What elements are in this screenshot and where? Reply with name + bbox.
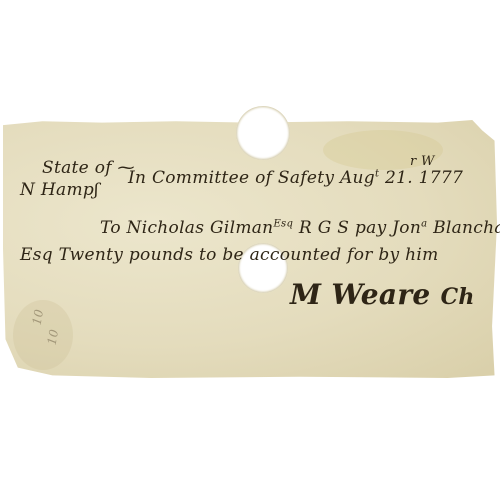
order-line-1: To Nicholas GilmanEsq R G S pay Jona Bla…	[100, 218, 500, 238]
jona-sup: a	[421, 218, 427, 229]
heading-line2: N Hamp	[20, 180, 94, 200]
rgs-text: R G S	[299, 218, 349, 238]
committee-line: In Committee of Safety Augt 21. 1777	[128, 168, 463, 188]
date-annotation: r W	[410, 154, 435, 169]
committee-text: In Committee of Safety Aug	[128, 168, 375, 188]
heading-state-of: State of ⁓	[42, 158, 135, 178]
esq-prefix: Esq	[20, 245, 53, 265]
signature-name: M Weare	[290, 278, 431, 311]
top-notch-hole	[236, 106, 290, 160]
esq-sup: Esq	[273, 218, 293, 229]
signature-title: Ch	[441, 284, 475, 310]
pay-text: pay Jon	[355, 218, 421, 238]
order-line-2: Esq Twenty pounds to be accounted for by…	[20, 245, 439, 265]
payee-text: To Nicholas Gilman	[100, 218, 273, 238]
margin-note: 10	[30, 308, 47, 326]
heading-line1: State of	[42, 158, 112, 178]
signature: M Weare Ch	[290, 278, 475, 311]
heading-nhamp: N Hampʃ	[20, 180, 99, 200]
blanchard-text: Blanchard	[433, 218, 500, 238]
document-date: 21. 1777	[385, 168, 463, 188]
amount-text: Twenty pounds to be accounted for by him	[59, 245, 439, 265]
aug-superscript: t	[375, 168, 379, 179]
margin-note: 10	[45, 328, 62, 346]
